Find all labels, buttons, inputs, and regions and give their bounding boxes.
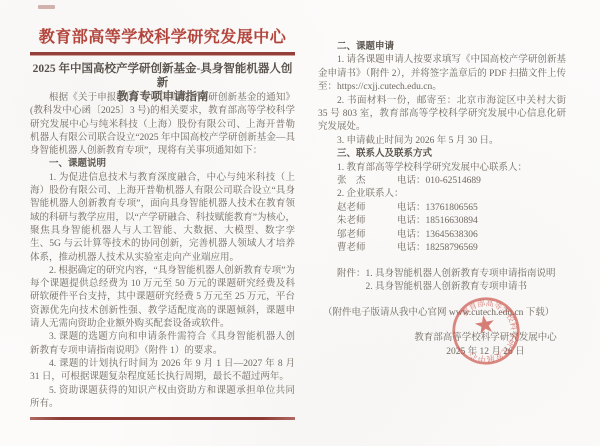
contact-row: 邬老师 电话：13645638306: [318, 229, 566, 242]
letterhead-title: 教育部高等学校科学研究发展中心: [30, 24, 295, 47]
contact-phone: 电话：18516630894: [397, 215, 478, 228]
center-contact-label-text: 1. 教育部高等学校科学研究发展中心联系人：: [337, 162, 527, 175]
left-page-footer-rule: [30, 417, 295, 420]
contact-row: 赵老师 电话：13761806565: [318, 202, 566, 215]
company-contact-label: 2. 企业联系人：: [318, 188, 566, 201]
left-page-body: 根据《关于申报 2025 年中国高校产学研创新基金的通知》(教科发中心函〔202…: [30, 92, 295, 411]
contact-name: 邬老师: [337, 229, 397, 242]
contact-name: 张 杰: [337, 175, 397, 188]
contact-phone: 电话：18258796569: [397, 242, 478, 255]
section1-item-3: 3. 课题的选题方向和申请条件需符合《具身智能机器人创新教育专项申请指南说明》（…: [30, 331, 295, 358]
contact-phone: 电话：13761806565: [397, 202, 478, 215]
section3-heading: 三、联系人及联系方式: [318, 148, 566, 161]
contact-row: 张 杰 电话：010-62514689: [318, 175, 566, 188]
attachments-block: 附件： 1. 具身智能机器人创新教育专项申请指南说明 2. 具身智能机器人创新教…: [318, 268, 566, 295]
section1-item-4: 4. 课题的计划执行时间为 2026 年 9 月 1 日—2027 年 8 月 …: [30, 358, 295, 385]
contact-row: 曹老师 电话：18258796569: [318, 242, 566, 255]
intro-paragraph: 根据《关于申报 2025 年中国高校产学研创新基金的通知》(教科发中心函〔202…: [30, 92, 295, 158]
company-contact-label-text: 2. 企业联系人：: [337, 188, 404, 201]
right-page-body: 二、课题申请 1. 请各课题申请人按要求填写《中国高校产学研创新基金申请书》（附…: [318, 41, 566, 321]
section1-heading: 一、课题说明: [30, 158, 295, 171]
section1-item-2: 2. 根据确定的研究内容，“具身智能机器人创新教育专项”为每个课题提供总经费为 …: [30, 265, 295, 331]
contact-name: 赵老师: [337, 202, 397, 215]
section2-item-2: 2. 书面材料一份，邮寄至：北京市海淀区中关村大街 35 号 803 室，教育部…: [318, 95, 566, 135]
contact-phone: 电话：13645638306: [397, 229, 478, 242]
contact-name: 曹老师: [337, 242, 397, 255]
document-title-line1: 2025 年中国高校产学研创新基金-具身智能机器人创新: [30, 62, 295, 90]
contact-row: 朱老师 电话：18516630894: [318, 215, 566, 228]
letterhead-rule: [30, 52, 295, 56]
contact-name: 朱老师: [337, 215, 397, 228]
attachment-item-1: 1. 具身智能机器人创新教育专项申请指南说明: [366, 268, 556, 281]
attachments-list: 1. 具身智能机器人创新教育专项申请指南说明 2. 具身智能机器人创新教育专项申…: [366, 268, 556, 295]
download-note: （附件电子版请从我中心官网 www.cutech.edu.cn 下载）: [318, 307, 566, 320]
scan-artifact-mark: [38, 5, 55, 9]
attachment-item-2: 2. 具身智能机器人创新教育专项申请书: [366, 281, 556, 294]
attachments-label: 附件：: [337, 268, 366, 295]
issuer-signature: 教育部高等学校科学研究发展中心: [398, 329, 573, 343]
issue-date: 2025 年 12 月 26 日: [398, 343, 573, 357]
center-contact-label: 1. 教育部高等学校科学研究发展中心联系人：: [318, 162, 566, 175]
section1-item-5: 5. 资助课题获得的知识产权由资助方和课题承担单位共同所有。: [30, 385, 295, 412]
section2-heading: 二、课题申请: [318, 41, 566, 54]
section1-item-1: 1. 为促进信息技术与教育深度融合，中心与纯米科技（上海）股份有限公司、上海开普…: [30, 172, 295, 265]
section2-item-1: 1. 请各课题申请人按要求填写《中国高校产学研创新基金申请书》（附件 2），并将…: [318, 54, 566, 94]
scanned-document: 教育部高等学校科学研究发展中心 2025 年中国高校产学研创新基金-具身智能机器…: [0, 0, 600, 446]
contact-phone: 电话：010-62514689: [397, 175, 481, 188]
section2-item-3: 3. 申请截止时间为 2026 年 5 月 30 日。: [318, 135, 566, 148]
